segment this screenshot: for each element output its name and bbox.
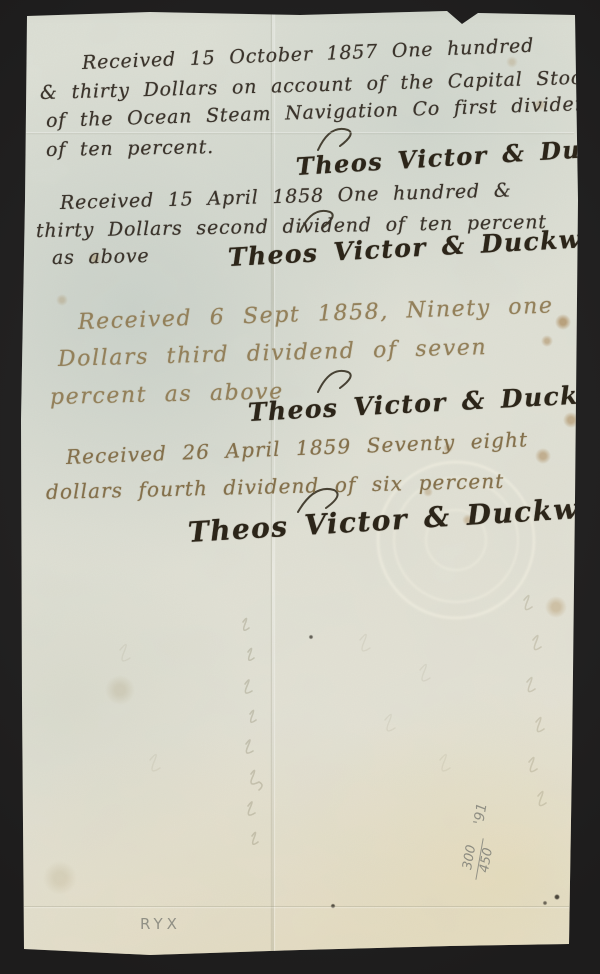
handwritten-line: Received 15 April 1858 One hundred &: [60, 179, 512, 214]
handwritten-line: of the Ocean Steam Navigation Co first d…: [46, 93, 600, 132]
pencil-fraction-denominator: 450: [476, 838, 498, 882]
horizontal-crease-bottom: [24, 906, 569, 907]
handwritten-line: percent as above: [50, 379, 284, 410]
signature-paraph-flourishes: [298, 129, 351, 512]
handwritten-line: Received 15 October 1857 One hundred: [82, 35, 535, 74]
handwritten-line: as above: [52, 245, 150, 269]
signature: Theos Victor & Duckwitz: [227, 222, 600, 272]
stain-overlay: [0, 0, 600, 974]
pencil-fraction-numerator: 300: [460, 835, 484, 879]
handwritten-line: Received 6 Sept 1858, Ninety one: [78, 293, 554, 335]
embossed-seal: [378, 462, 534, 618]
paper-texture: [0, 0, 600, 974]
ghost-marks: [0, 0, 600, 974]
handwritten-line: Received 26 April 1859 Seventy eight: [66, 427, 529, 469]
pencil-year-mark: '91: [471, 802, 491, 826]
bleedthrough-faint-middle: [120, 634, 450, 770]
vertical-fold-crease: [272, 12, 274, 952]
bleedthrough-ghost-writing: [243, 618, 262, 844]
horizontal-crease-top: [26, 132, 574, 133]
photo-background: Received 15 October 1857 One hundred & t…: [0, 0, 600, 974]
signature: Theos Victor & Duckwitz: [187, 489, 600, 549]
handwritten-line: of ten percent.: [46, 136, 214, 161]
signature: Theos Victor & Duckwitz: [295, 129, 600, 181]
bleedthrough-ghost-writing-right: [524, 595, 546, 805]
signature: Theos Victor & Duckwitz: [247, 377, 600, 427]
handwritten-line: Dollars third dividend of seven: [58, 335, 488, 372]
handwritten-line: thirty Dollars second dividend of ten pe…: [36, 211, 547, 242]
pencil-price-fraction: 300 450: [460, 835, 499, 882]
handwritten-line: dollars fourth dividend of six percent: [46, 469, 505, 504]
document-paper: Received 15 October 1857 One hundred & t…: [0, 0, 600, 974]
handwritten-line: & thirty Dollars on account of the Capit…: [40, 67, 595, 104]
pencil-catalog-code: RYX: [140, 915, 181, 933]
